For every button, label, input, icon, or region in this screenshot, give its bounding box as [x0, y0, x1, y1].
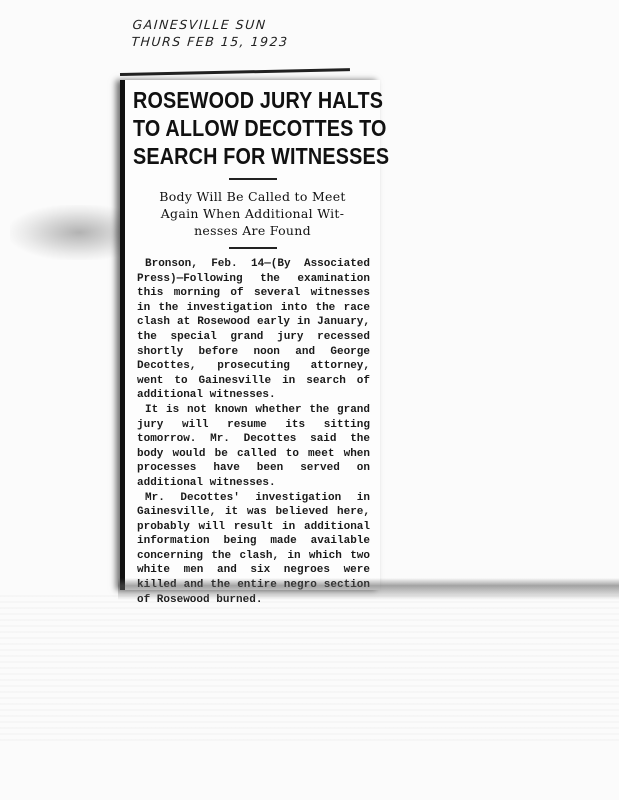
clipping-bottom-shadow	[118, 578, 619, 600]
handwritten-source-note: GAINESVILLE SUN THURS FEB 15, 1923	[131, 16, 290, 50]
article-paragraph: Bronson, Feb. 14—(By Associated Press)—F…	[137, 257, 370, 403]
divider-rule	[229, 178, 277, 180]
headline-line: SEARCH FOR WITNESSES	[133, 142, 340, 170]
scan-smudge	[10, 205, 125, 260]
article-paragraph: It is not known whether the grand jury w…	[137, 403, 370, 491]
subheadline: Body Will Be Called to Meet Again When A…	[135, 188, 370, 239]
subheadline-line: Body Will Be Called to Meet	[135, 188, 370, 205]
subheadline-line: nesses Are Found	[135, 222, 370, 239]
headline: ROSEWOOD JURY HALTS TO ALLOW DECOTTES TO…	[133, 86, 340, 170]
handwritten-date: THURS FEB 15, 1923	[131, 33, 289, 50]
scan-noise	[0, 595, 619, 745]
divider-rule	[229, 247, 277, 249]
headline-line: TO ALLOW DECOTTES TO	[133, 114, 340, 142]
handwritten-newspaper-name: GAINESVILLE SUN	[132, 16, 290, 33]
subheadline-line: Again When Additional Wit-	[135, 205, 370, 222]
article-body: Bronson, Feb. 14—(By Associated Press)—F…	[137, 257, 370, 607]
newspaper-clipping: ROSEWOOD JURY HALTS TO ALLOW DECOTTES TO…	[120, 80, 380, 590]
headline-line: ROSEWOOD JURY HALTS	[133, 86, 340, 114]
clipping-top-edge	[120, 68, 350, 76]
